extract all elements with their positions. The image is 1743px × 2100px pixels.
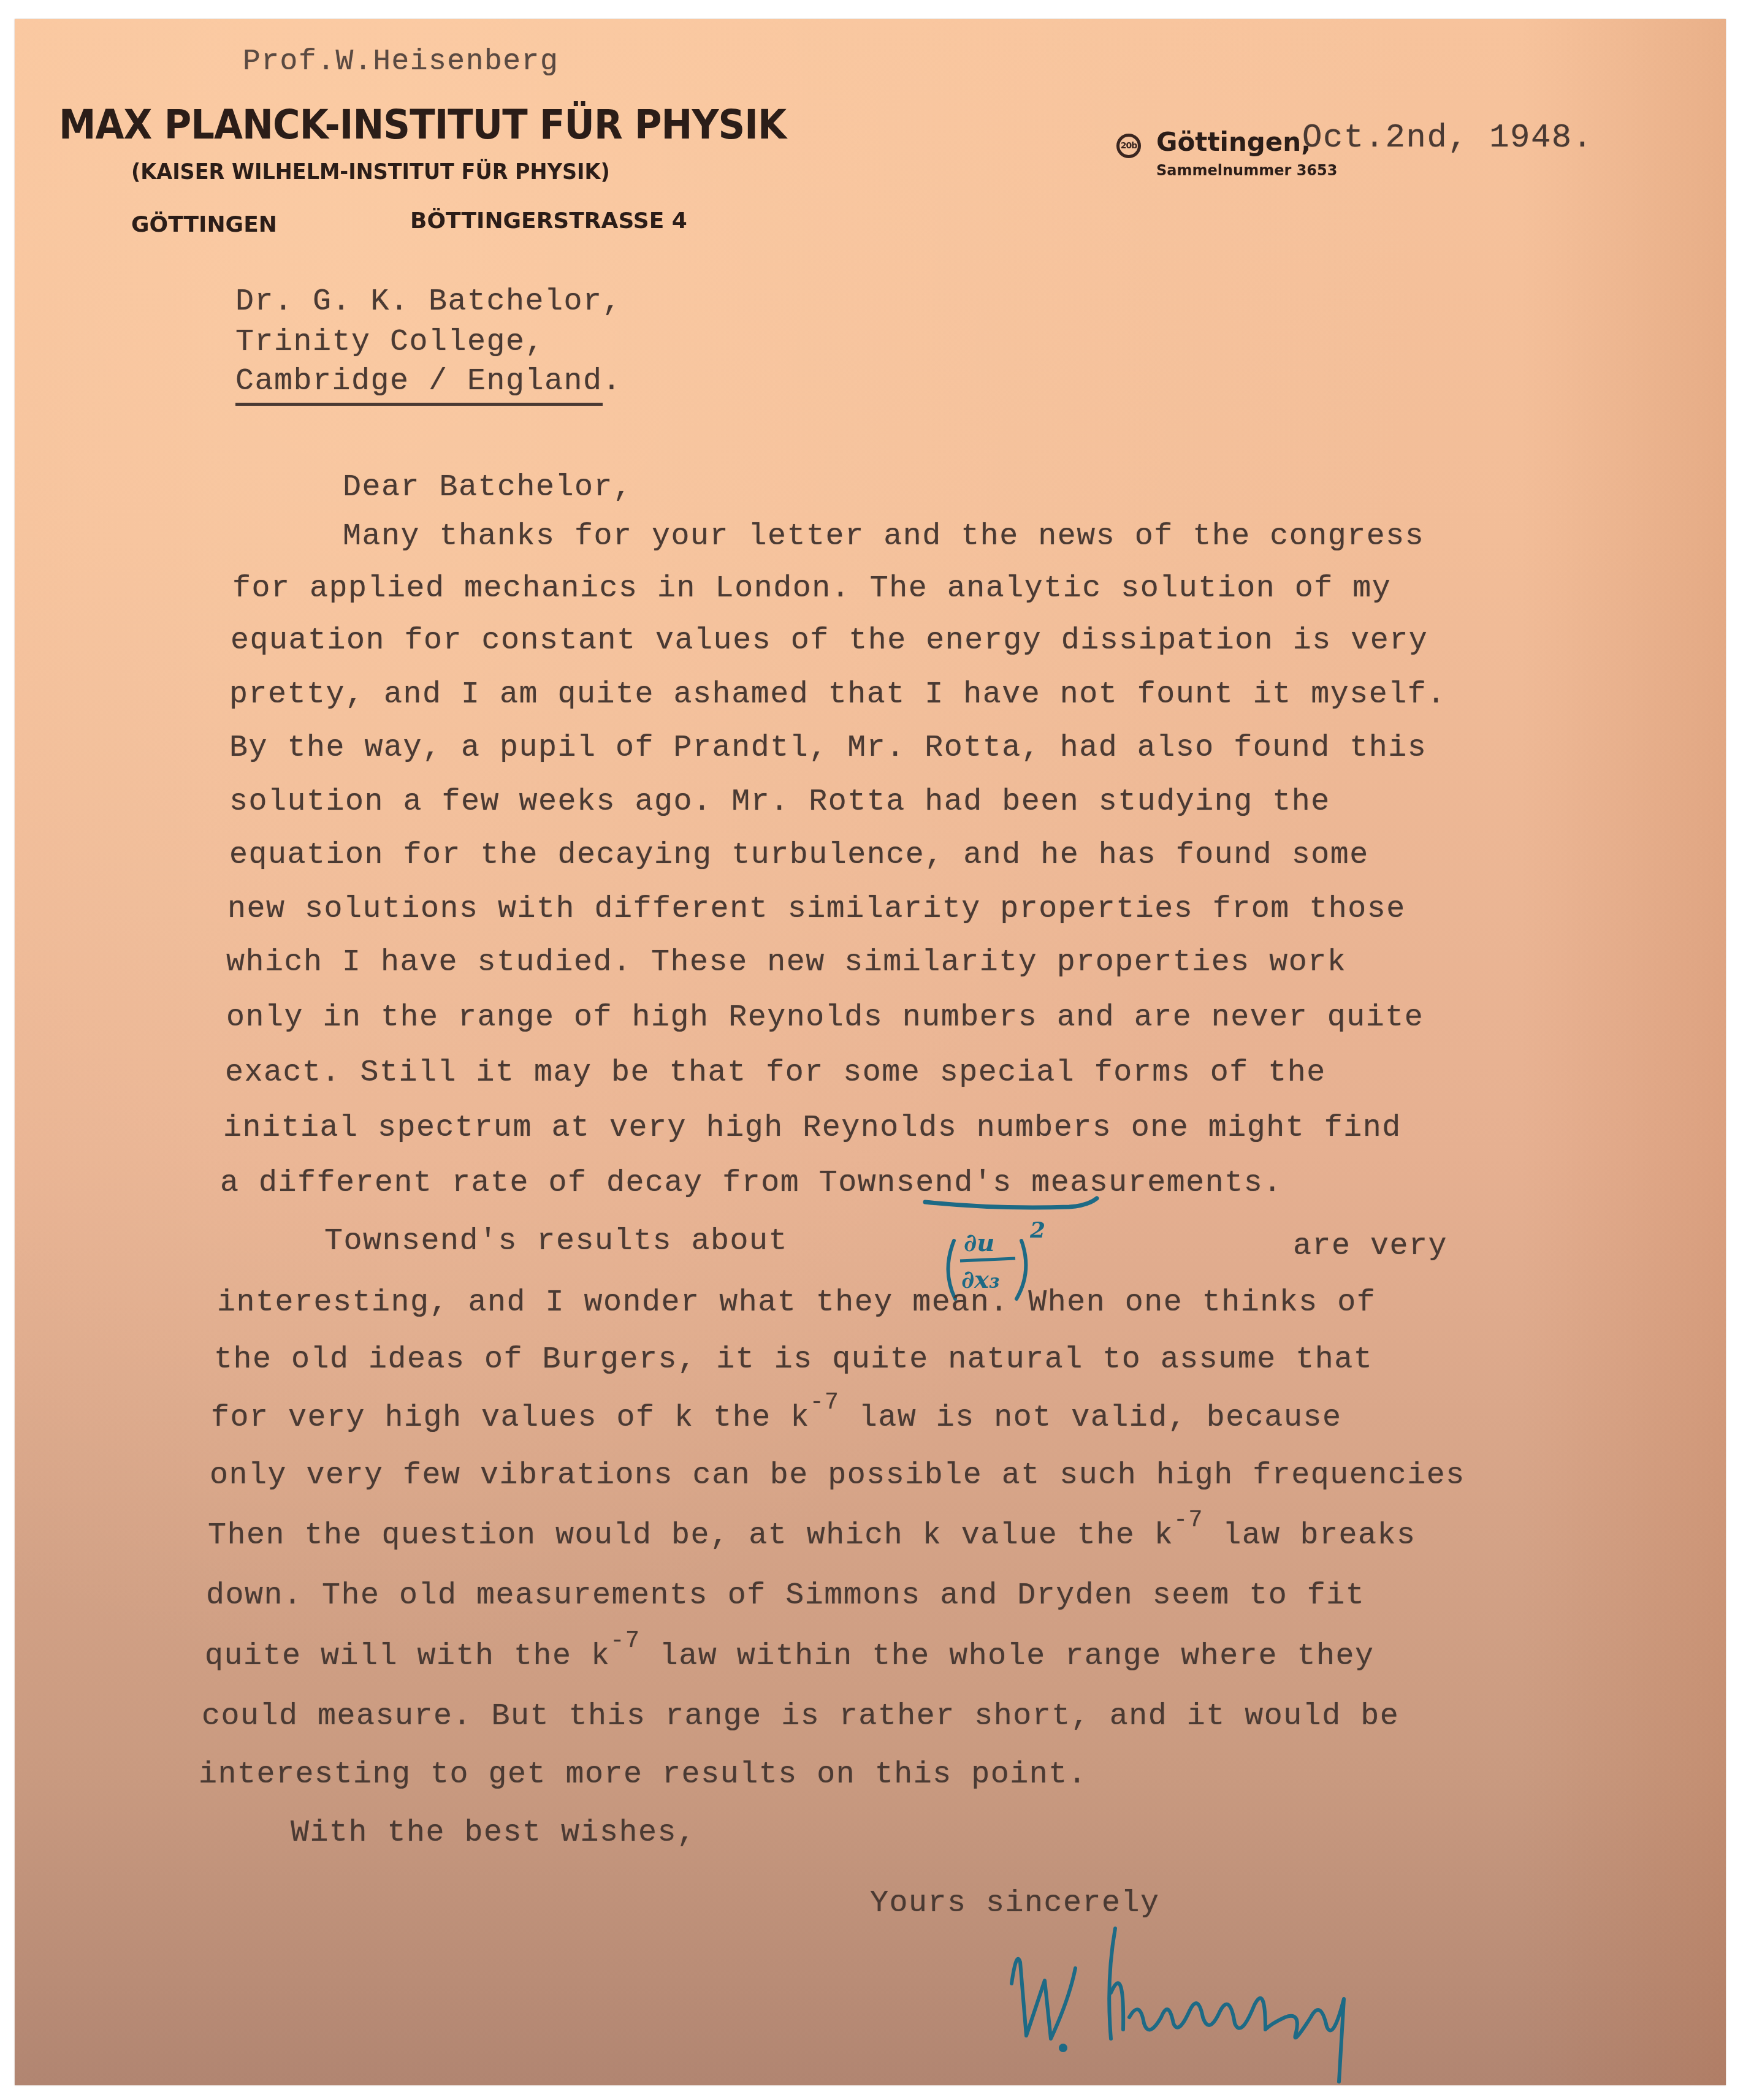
exponent: -7 bbox=[810, 1390, 840, 1416]
sender-name: Prof.W.Heisenberg bbox=[243, 47, 559, 77]
body-line-k-law-3: quite will with the k-7 law within the w… bbox=[205, 1642, 1374, 1672]
body-line-k-law-2: Then the question would be, at which k v… bbox=[208, 1521, 1416, 1551]
recipient-college: Trinity College, bbox=[235, 327, 544, 358]
institute-city: GÖTTINGEN bbox=[131, 214, 277, 236]
body-line: equation for constant values of the ener… bbox=[231, 626, 1428, 656]
institute-former-name: (KAISER WILHELM-INSTITUT FÜR PHYSIK) bbox=[131, 161, 610, 183]
text-segment: for very high values of k the k bbox=[211, 1401, 810, 1436]
recipient-city-underlined: Cambridge / England bbox=[235, 364, 603, 406]
letter-page: Prof.W.Heisenberg MAX PLANCK-INSTITUT FÜ… bbox=[15, 19, 1726, 2085]
body-line: only in the range of high Reynolds numbe… bbox=[226, 1003, 1424, 1033]
institute-name: MAX PLANCK-INSTITUT FÜR PHYSIK bbox=[59, 105, 786, 145]
salutation: Dear Batchelor, bbox=[343, 473, 633, 503]
body-line: pretty, and I am quite ashamed that I ha… bbox=[229, 680, 1446, 710]
svg-text:∂u: ∂u bbox=[964, 1228, 994, 1257]
body-line-k-law-1: for very high values of k the k-7 law is… bbox=[211, 1403, 1341, 1434]
body-line: are very bbox=[1293, 1231, 1447, 1262]
institute-street: BÖTTINGERSTRASSE 4 bbox=[410, 210, 687, 232]
postal-district-badge-icon: 20b bbox=[1116, 134, 1141, 158]
recipient-city: Cambridge / England. bbox=[235, 367, 622, 397]
body-line: only very few vibrations can be possible… bbox=[210, 1461, 1465, 1491]
body-line: Many thanks for your letter and the news… bbox=[343, 522, 1424, 552]
body-line: solution a few weeks ago. Mr. Rotta had … bbox=[229, 787, 1330, 818]
body-line: equation for the decaying turbulence, an… bbox=[229, 840, 1369, 871]
text-segment: Then the question would be, at which k v… bbox=[208, 1518, 1173, 1553]
body-line: the old ideas of Burgers, it is quite na… bbox=[214, 1345, 1373, 1375]
place-name: Göttingen, bbox=[1156, 127, 1311, 157]
body-line: interesting to get more results on this … bbox=[199, 1760, 1087, 1790]
svg-text:2: 2 bbox=[1029, 1217, 1045, 1243]
text-segment: quite will with the k bbox=[205, 1639, 611, 1674]
phone-number: Sammelnummer 3653 bbox=[1156, 163, 1337, 178]
closing-sign-off: Yours sincerely bbox=[870, 1889, 1160, 1919]
body-line: initial spectrum at very high Reynolds n… bbox=[223, 1113, 1402, 1144]
body-line: new solutions with different similarity … bbox=[227, 894, 1406, 925]
body-line: down. The old measurements of Simmons an… bbox=[206, 1581, 1365, 1611]
recipient-city-period: . bbox=[603, 364, 622, 399]
text-segment: law breaks bbox=[1203, 1518, 1416, 1553]
body-line: Townsend's results about bbox=[324, 1227, 788, 1257]
body-line: for applied mechanics in London. The ana… bbox=[232, 574, 1391, 604]
body-line: exact. Still it may be that for some spe… bbox=[225, 1058, 1326, 1089]
exponent: -7 bbox=[611, 1628, 641, 1654]
closing-wishes: With the best wishes, bbox=[291, 1818, 696, 1849]
text-segment: law within the whole range where they bbox=[640, 1639, 1374, 1674]
body-line: which I have studied. These new similari… bbox=[226, 948, 1346, 978]
place: Göttingen, bbox=[1156, 129, 1311, 155]
body-line: interesting, and I wonder what they mean… bbox=[217, 1288, 1376, 1318]
body-line: By the way, a pupil of Prandtl, Mr. Rott… bbox=[229, 733, 1427, 764]
letter-date: Oct.2nd, 1948. bbox=[1302, 122, 1593, 155]
exponent: -7 bbox=[1173, 1507, 1203, 1534]
text-segment: law is not valid, because bbox=[839, 1401, 1341, 1436]
recipient-name: Dr. G. K. Batchelor, bbox=[235, 287, 622, 318]
body-line: could measure. But this range is rather … bbox=[202, 1702, 1399, 1732]
handwritten-signature-icon bbox=[1008, 1925, 1511, 2085]
body-line: a different rate of decay from Townsend'… bbox=[220, 1168, 1283, 1199]
